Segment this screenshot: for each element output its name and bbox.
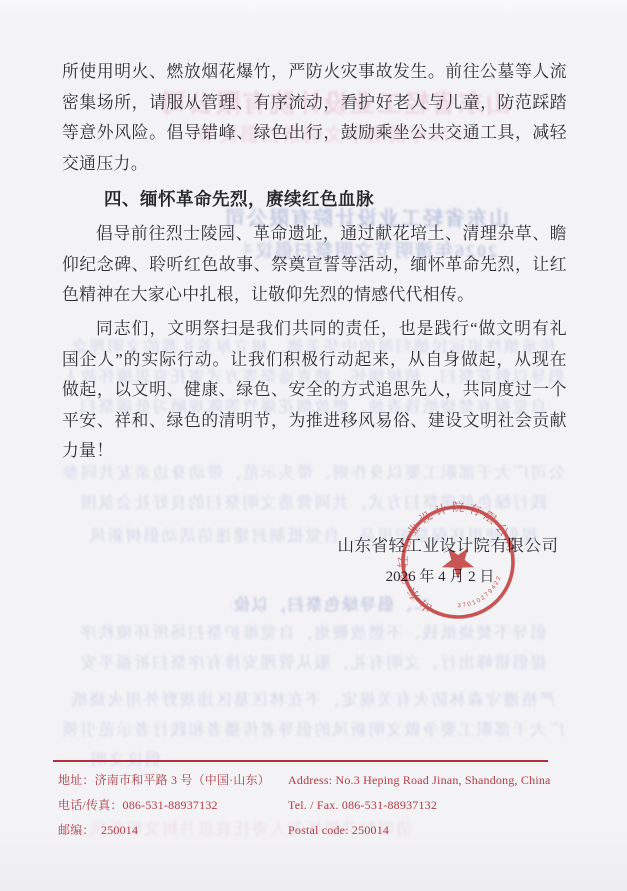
text-line: 仰纪念碑、聆听红色故事、祭奠宣誓等活动，缅怀革命先烈，让红 [62, 250, 567, 281]
text-line: 倡导前往烈士陵园、革命遗址，通过献花培土、清理杂草、瞻 [62, 219, 567, 250]
text-line: 等意外风险。倡导错峰、绿色出行，鼓励乘坐公共交通工具，减轻 [62, 118, 567, 149]
text-line: 做起，以文明、健康、绿色、安全的方式追思先人，共同度过一个 [62, 375, 567, 406]
footer-phone-cn: 电话/传真：086-531-88937132 [58, 796, 283, 814]
footer-address-en: Address: No.3 Heping Road Jinan, Shandon… [288, 771, 558, 789]
footer-address-cn: 地址：济南市和平路 3 号（中国·山东） [58, 771, 283, 789]
text-line: 同志们，文明祭扫是我们共同的责任，也是践行“做文明有礼 [62, 314, 567, 345]
document-page: 山东省轻工业设计院有限公司 2026年清明节文明祭扫倡议书 山东省轻工业设计院有… [0, 0, 627, 891]
text-line: 交通压力。 [62, 149, 567, 180]
paragraph-closing: 同志们，文明祭扫是我们共同的责任，也是践行“做文明有礼 国企人”的实际行动。让我… [62, 314, 567, 467]
footer-postcode-en: Postal code: 250014 [288, 821, 558, 839]
star-icon [435, 539, 479, 583]
text-line: 平安、祥和、绿色的清明节，为推进移风易俗、建设文明社会贡献 [62, 406, 567, 437]
text-line: 色精神在大家心中扎根，让敬仰先烈的情感代代相传。 [62, 280, 567, 311]
footer-divider [53, 760, 548, 762]
text-line: 所使用明火、燃放烟花爆竹，严防火灾事故发生。前往公墓等人流 [62, 57, 567, 88]
footer-postcode-cn: 邮编： 250014 [58, 821, 283, 839]
text-line: 力量！ [62, 436, 567, 467]
paragraph-martyrs: 倡导前往烈士陵园、革命遗址，通过献花培土、清理杂草、瞻 仰纪念碑、聆听红色故事、… [62, 219, 567, 311]
text-line: 密集场所，请服从管理、有序流动，看护好老人与儿童，防范踩踏 [62, 88, 567, 119]
letter-body: 所使用明火、燃放烟花爆竹，严防火灾事故发生。前往公墓等人流 密集场所，请服从管理… [0, 0, 627, 891]
paragraph-safety: 所使用明火、燃放烟花爆竹，严防火灾事故发生。前往公墓等人流 密集场所，请服从管理… [62, 57, 567, 179]
footer-phone-en: Tel. / Fax. 086-531-88937132 [288, 796, 558, 814]
section-heading-four: 四、缅怀革命先烈，赓续红色血脉 [62, 184, 567, 214]
text-line: 国企人”的实际行动。让我们积极行动起来，从自身做起，从现在 [62, 345, 567, 376]
